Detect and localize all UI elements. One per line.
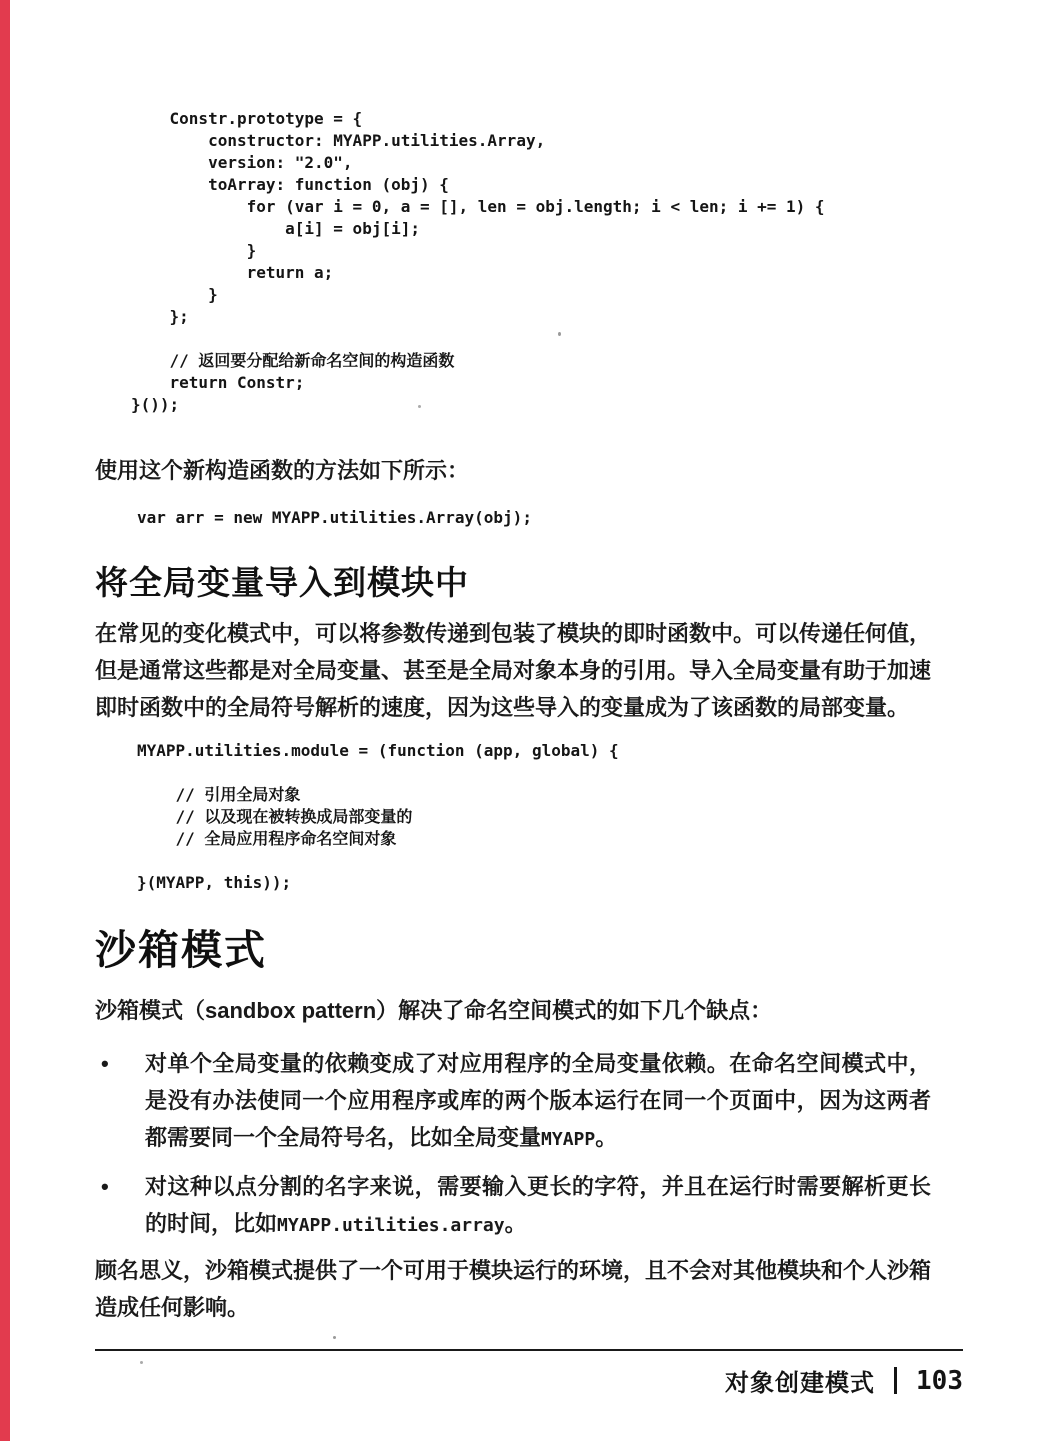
scan-speck <box>558 332 561 336</box>
bullet-icon: • <box>101 1168 109 1205</box>
page-footer: 对象创建模式 | 103 <box>95 1349 963 1398</box>
sandbox-drawbacks-list: • 对单个全局变量的依赖变成了对应用程序的全局变量依赖。在命名空间模式中，是没有… <box>95 1045 931 1244</box>
list-item-text-post: 。 <box>505 1211 527 1236</box>
page-content: Constr.prototype = { constructor: MYAPP.… <box>95 0 931 1326</box>
book-page: Constr.prototype = { constructor: MYAPP.… <box>0 0 1054 1441</box>
footer-divider <box>95 1349 963 1351</box>
list-item-text-pre: 对单个全局变量的依赖变成了对应用程序的全局变量依赖。在命名空间模式中，是没有办法… <box>145 1051 931 1150</box>
paragraph-sandbox-meaning: 顾名思义，沙箱模式提供了一个可用于模块运行的环境，且不会对其他模块和个人沙箱造成… <box>95 1252 931 1326</box>
footer-page-number: 103 <box>916 1366 963 1396</box>
scan-speck <box>333 1336 336 1339</box>
section-heading-import-globals: 将全局变量导入到模块中 <box>95 561 931 605</box>
footer-section-title: 对象创建模式 <box>725 1363 875 1398</box>
paragraph-import-globals: 在常见的变化模式中，可以将参数传递到包装了模块的即时函数中。可以传递任何值，但是… <box>95 615 931 726</box>
code-block-constructor-prototype: Constr.prototype = { constructor: MYAPP.… <box>131 108 931 416</box>
footer-separator-bar: | <box>894 1367 897 1394</box>
inline-code-myapp-utilities-array: MYAPP.utilities.array <box>277 1215 505 1236</box>
scan-speck <box>418 405 421 408</box>
paragraph-sandbox-intro: 沙箱模式（sandbox pattern）解决了命名空间模式的如下几个缺点： <box>95 992 931 1029</box>
list-item-text-pre: 对这种以点分割的名字来说，需要输入更长的字符，并且在运行时需要解析更长的时间，比… <box>145 1174 931 1236</box>
list-item-text: 对这种以点分割的名字来说，需要输入更长的字符，并且在运行时需要解析更长的时间，比… <box>145 1174 931 1236</box>
paragraph-usage-intro: 使用这个新构造函数的方法如下所示： <box>95 452 931 489</box>
chapter-heading-sandbox: 沙箱模式 <box>95 922 931 978</box>
code-block-new-array: var arr = new MYAPP.utilities.Array(obj)… <box>137 507 931 529</box>
list-item-text-post: 。 <box>595 1125 617 1150</box>
bullet-icon: • <box>101 1045 109 1082</box>
footer-line: 对象创建模式 | 103 <box>95 1363 963 1398</box>
code-block-module-import: MYAPP.utilities.module = (function (app,… <box>137 740 931 894</box>
page-edge-strip <box>0 0 10 1441</box>
list-item-text: 对单个全局变量的依赖变成了对应用程序的全局变量依赖。在命名空间模式中，是没有办法… <box>145 1051 931 1150</box>
scan-speck <box>140 1361 143 1364</box>
list-item-long-names: • 对这种以点分割的名字来说，需要输入更长的字符，并且在运行时需要解析更长的时间… <box>95 1168 931 1244</box>
list-item-global-dependency: • 对单个全局变量的依赖变成了对应用程序的全局变量依赖。在命名空间模式中，是没有… <box>95 1045 931 1158</box>
inline-code-myapp: MYAPP <box>541 1129 595 1150</box>
